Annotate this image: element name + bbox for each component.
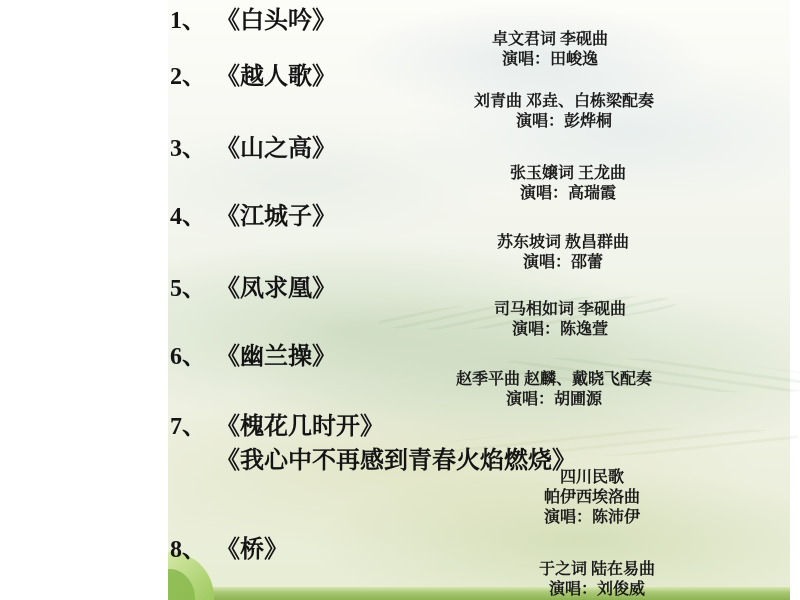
- credit-line: 演唱：田峻逸: [492, 50, 608, 70]
- list-item-6: 6、 《幽兰操》: [170, 342, 336, 372]
- song-title-group: 《槐花几时开》 《我心中不再感到青春火焰燃烧》: [216, 412, 576, 476]
- credits-3: 张玉嬢词 王龙曲 演唱：高瑞霞: [510, 164, 626, 204]
- slide: 1、 《白头吟》 卓文君词 李砚曲 演唱：田峻逸 2、 《越人歌》 刘青曲 邓垚…: [0, 0, 800, 600]
- item-number: 4、: [170, 202, 216, 232]
- credit-line: 张玉嬢词 王龙曲: [510, 164, 626, 184]
- credit-line: 苏东坡词 敖昌群曲: [497, 233, 629, 253]
- credit-line: 演唱：彭烨桐: [474, 112, 654, 132]
- list-item-2: 2、 《越人歌》: [170, 62, 336, 92]
- credit-line: 演唱：胡圃源: [456, 390, 652, 410]
- credit-line: 演唱：刘俊威: [539, 580, 655, 600]
- list-item-3: 3、 《山之高》: [170, 134, 336, 164]
- credit-line: 演唱：高瑞霞: [510, 184, 626, 204]
- credits-7: 四川民歌 帕伊西埃洛曲 演唱：陈沛伊: [544, 468, 640, 528]
- song-title: 《桥》: [216, 535, 288, 565]
- credit-line: 帕伊西埃洛曲: [544, 488, 640, 508]
- credit-line: 演唱：陈逸萱: [494, 320, 626, 340]
- credit-line: 刘青曲 邓垚、白栋梁配奏: [474, 92, 654, 112]
- list-item-8: 8、 《桥》: [170, 535, 288, 565]
- list-item-5: 5、 《凤求凰》: [170, 274, 336, 304]
- credits-6: 赵季平曲 赵麟、戴晓飞配奏 演唱：胡圃源: [456, 370, 652, 410]
- list-item-4: 4、 《江城子》: [170, 202, 336, 232]
- song-title: 《山之高》: [216, 134, 336, 164]
- credits-5: 司马相如词 李砚曲 演唱：陈逸萱: [494, 300, 626, 340]
- credit-line: 卓文君词 李砚曲: [492, 30, 608, 50]
- credit-line: 四川民歌: [544, 468, 640, 488]
- item-number: 6、: [170, 342, 216, 372]
- item-number: 2、: [170, 62, 216, 92]
- song-title: 《江城子》: [216, 202, 336, 232]
- painting-bottom-band: [168, 587, 790, 600]
- credit-line: 司马相如词 李砚曲: [494, 300, 626, 320]
- song-title: 《越人歌》: [216, 62, 336, 92]
- item-number: 7、: [170, 412, 216, 442]
- song-title: 《我心中不再感到青春火焰燃烧》: [216, 446, 576, 476]
- credit-line: 演唱：陈沛伊: [544, 508, 640, 528]
- credits-4: 苏东坡词 敖昌群曲 演唱：邵蕾: [497, 233, 629, 273]
- credit-line: 于之词 陆在易曲: [539, 560, 655, 580]
- credits-1: 卓文君词 李砚曲 演唱：田峻逸: [492, 30, 608, 70]
- item-number: 8、: [170, 535, 216, 565]
- song-title: 《槐花几时开》: [216, 412, 576, 442]
- list-item-7: 7、 《槐花几时开》 《我心中不再感到青春火焰燃烧》: [170, 412, 576, 476]
- song-title: 《白头吟》: [216, 6, 336, 36]
- credits-2: 刘青曲 邓垚、白栋梁配奏 演唱：彭烨桐: [474, 92, 654, 132]
- list-item-1: 1、 《白头吟》: [170, 6, 336, 36]
- credit-line: 赵季平曲 赵麟、戴晓飞配奏: [456, 370, 652, 390]
- item-number: 1、: [170, 6, 216, 36]
- item-number: 5、: [170, 274, 216, 304]
- item-number: 3、: [170, 134, 216, 164]
- song-title: 《幽兰操》: [216, 342, 336, 372]
- song-title: 《凤求凰》: [216, 274, 336, 304]
- credit-line: 演唱：邵蕾: [497, 253, 629, 273]
- credits-8: 于之词 陆在易曲 演唱：刘俊威: [539, 560, 655, 600]
